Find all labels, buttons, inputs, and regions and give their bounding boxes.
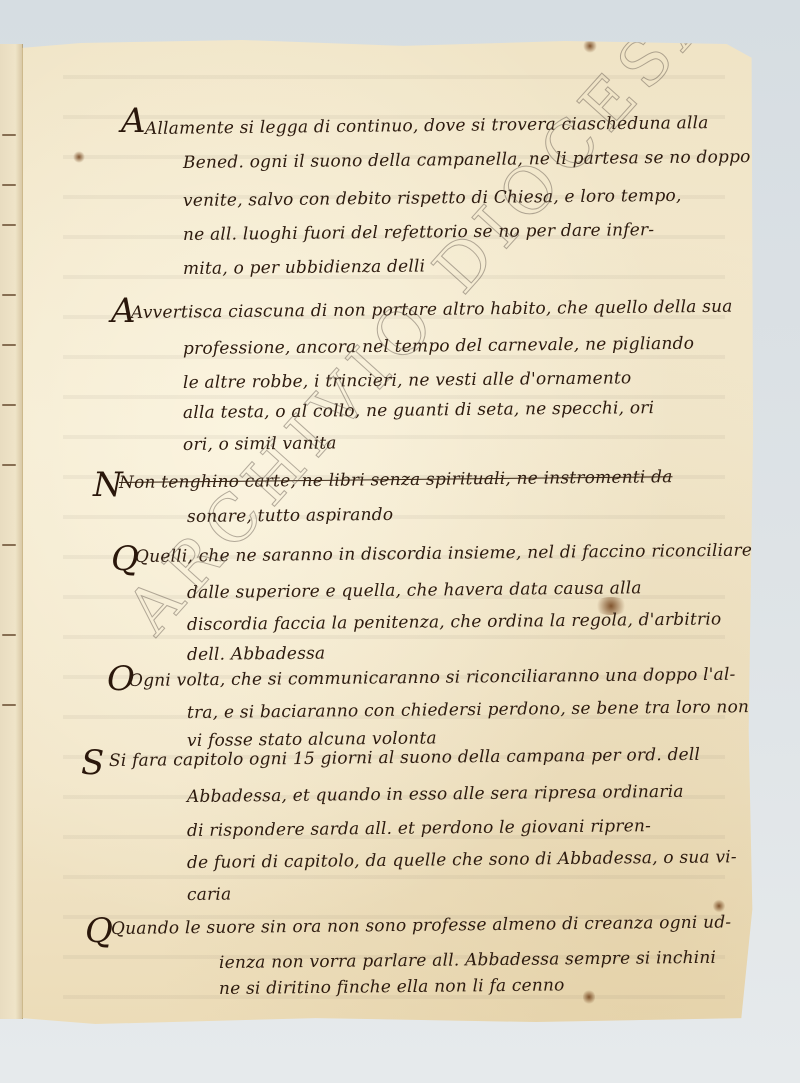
text-line: de fuori di capitolo, da quelle che sono… [187, 847, 737, 873]
manuscript-page: A Allamente si legga di continuo, dove s… [22, 38, 756, 1028]
ink-mark [2, 404, 16, 406]
text-line: di rispondere sarda all. et perdono le g… [187, 816, 651, 841]
text-line: caria [187, 885, 232, 905]
text-line: Avvertisca ciascuna di non portare altro… [131, 297, 733, 323]
paragraph-initial: A [121, 101, 146, 141]
text-line: ienza non vorra parlare all. Abbadessa s… [219, 948, 716, 973]
ink-mark [2, 344, 16, 346]
struck-text-line: Non tenghino carte, ne libri senza spiri… [119, 467, 673, 493]
text-line: tra, e si baciaranno con chiedersi perdo… [187, 697, 749, 723]
text-line: sonare, tutto aspirando [187, 505, 393, 527]
paragraph-initial: Q [85, 911, 113, 951]
text-line: ori, o simil vanita [183, 433, 337, 455]
text-line: dalle superiore e quella, che havera dat… [187, 578, 642, 603]
text-line: alla testa, o al collo, ne guanti di set… [183, 398, 654, 423]
text-line: ne all. luoghi fuori del refettorio se n… [183, 220, 654, 245]
text-line: professione, ancora nel tempo del carnev… [183, 334, 694, 359]
ink-mark [2, 184, 16, 186]
paragraph-initial: S [81, 743, 105, 783]
ink-mark [2, 634, 16, 636]
ink-mark [2, 464, 16, 466]
ink-mark [2, 294, 16, 296]
ink-mark [2, 704, 16, 706]
text-line: Quelli, che ne saranno in discordia insi… [135, 541, 752, 567]
text-line: dell. Abbadessa [187, 644, 326, 665]
text-line: Quando le suore sin ora non sono profess… [111, 913, 732, 939]
text-line: ne si diritino finche ella non li fa cen… [219, 975, 565, 999]
ink-mark [2, 134, 16, 136]
adjacent-page-edge [0, 44, 23, 1019]
text-line: Bened. ogni il suono della campanella, n… [183, 147, 751, 173]
text-line: venite, salvo con debito rispetto di Chi… [183, 186, 682, 211]
text-line: discordia faccia la penitenza, che ordin… [187, 609, 722, 635]
text-line: Ogni volta, che si communicaranno si ric… [129, 665, 736, 691]
ink-mark [2, 224, 16, 226]
text-line: le altre robbe, i trincieri, ne vesti al… [183, 368, 632, 393]
text-line: Abbadessa, et quando in esso alle sera r… [187, 782, 684, 807]
ink-mark [2, 544, 16, 546]
text-line: Allamente si legga di continuo, dove si … [145, 113, 709, 139]
text-line: mita, o per ubbidienza delli [183, 256, 425, 279]
manuscript-text: A Allamente si legga di continuo, dove s… [23, 39, 755, 1027]
